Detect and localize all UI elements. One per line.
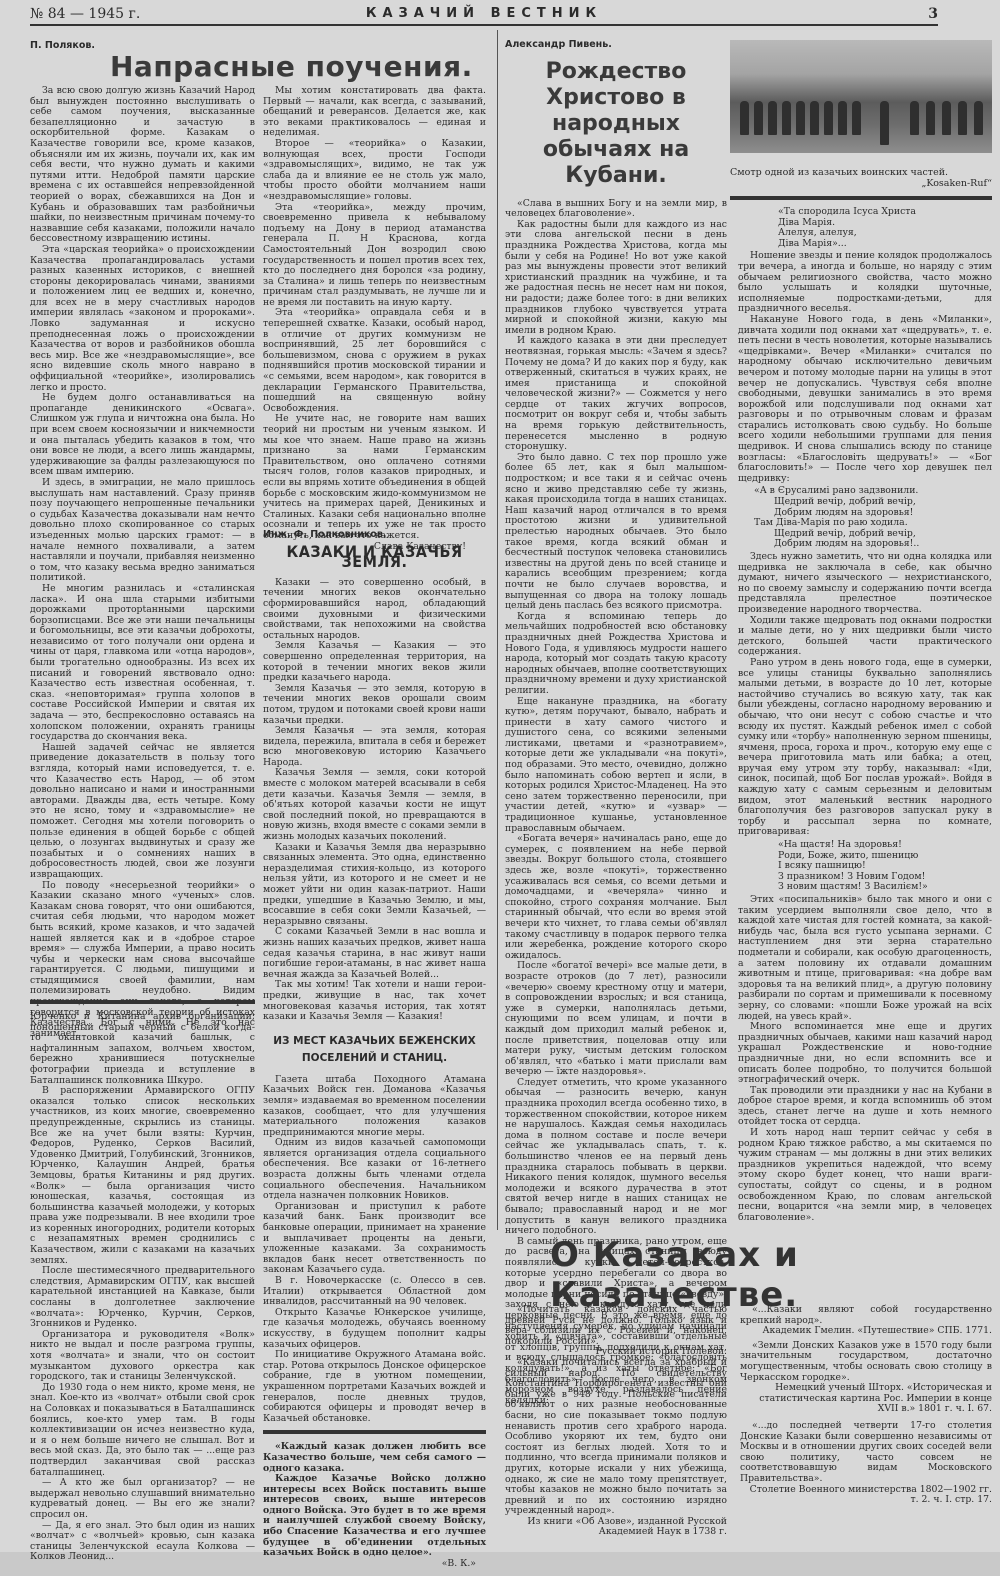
article5-right-quotes: «...Казаки являют собой государственно к… bbox=[740, 1305, 992, 1506]
wolf-article: Юрченко и Китанина архив организации; по… bbox=[30, 1012, 255, 1563]
paragraph: Когда я вспоминаю теперь до мельчайших п… bbox=[505, 612, 727, 697]
caption-text: Смотр одной из казачьих воинских частей. bbox=[730, 167, 992, 178]
paragraph: И здесь, в эмиграции, не мало пришлось в… bbox=[30, 478, 255, 584]
paragraph: После «богатої вечері» все малые дети, в… bbox=[505, 961, 727, 1078]
paragraph: Еще накануне праздника, на «богату кутю»… bbox=[505, 697, 727, 835]
article1-title: Напрасные поучения. bbox=[110, 50, 473, 83]
paragraph: Земля Казачья — это земля, которую в теч… bbox=[263, 684, 486, 726]
epigraph: «Слава в вышних Богу и на земли мир, в ч… bbox=[505, 199, 727, 220]
paragraph: По инициативе Окружного Атамана войс. ст… bbox=[263, 1350, 486, 1424]
vk-signature: «В. К.» bbox=[263, 1559, 486, 1570]
paragraph: Много вспоминается мне еще и других праз… bbox=[738, 1022, 992, 1086]
paragraph: Казаки и Казачья Земля два неразрывно св… bbox=[263, 843, 486, 928]
paragraph: В г. Новочеркасске (с. Олессо в сев. Ита… bbox=[263, 1276, 486, 1308]
paragraph: Эта «теорийка», между прочим, своевремен… bbox=[263, 203, 486, 309]
paragraph: Мы хотим констатировать два факта. Первы… bbox=[263, 86, 486, 139]
paragraph: Открыто Казачье Юнкерское училище, где к… bbox=[263, 1308, 486, 1350]
paragraph: Не многим разнилась и «сталинская ласка»… bbox=[30, 584, 255, 743]
paragraph: Организатора и руководителя «Волк» никто… bbox=[30, 1330, 255, 1383]
article5-title: О Казаках и Казачестве. bbox=[550, 1235, 1000, 1315]
paragraph: Казаки — это совершенно особый, в течени… bbox=[263, 578, 486, 642]
section-divider bbox=[730, 196, 992, 200]
article2-title: КАЗАКИ И КАЗАЧЬЯ ЗЕМЛЯ. bbox=[263, 547, 486, 568]
article1-column1: За всю свою долгую жизнь Казачий Народ б… bbox=[30, 86, 255, 1039]
paragraph: Газета штаба Походного Атамана Казачьих … bbox=[263, 1075, 486, 1139]
paragraph: В распоряжении Армавирского ОГПУ оказалс… bbox=[30, 1086, 255, 1266]
paragraph: Одним из видов казачьей самопомощи являе… bbox=[263, 1138, 486, 1202]
quote-text: «Земли Донских Казаков уже в 1570 году б… bbox=[740, 1341, 992, 1383]
paragraph: Не будем долго останавливаться на пропаг… bbox=[30, 393, 255, 478]
paragraph: До 1930 года о нем никто, кроме меня, не… bbox=[30, 1383, 255, 1478]
article4-column1: Александр Пивень. Рождество Христово в н… bbox=[505, 40, 727, 1406]
paragraph: Это было давно. С тех пор прошло уже бол… bbox=[505, 453, 727, 612]
paragraph: Рано утром в день нового года, еще в сум… bbox=[738, 658, 992, 838]
caption-source: „Kosaken-Ruf“ bbox=[730, 178, 992, 189]
paragraph: Накануне Нового года, в день «Миланки», … bbox=[738, 315, 992, 485]
paragraph: Следует отметить, что кроме указанного о… bbox=[505, 1078, 727, 1237]
quote-source: Немецкий ученый Шторх. «Историческая и с… bbox=[740, 1383, 992, 1415]
article4-author: Александр Пивень. bbox=[505, 40, 727, 51]
article2: Инж. Ф. Полковников. КАЗАКИ И КАЗАЧЬЯ ЗЕ… bbox=[263, 530, 486, 1569]
quote-text: «Почитать казаков донских частью древней… bbox=[505, 1305, 727, 1347]
paragraph: Эта «теорийка» оправдала себя и в тепере… bbox=[263, 308, 486, 414]
page-number: 3 bbox=[928, 6, 938, 22]
quote-text: «Казаки почитались всегда за храбрый и с… bbox=[505, 1358, 727, 1517]
paragraph: Нашей задачей сейчас не является приведе… bbox=[30, 743, 255, 881]
article4-title: Рождество Христово в народных обычаях на… bbox=[505, 59, 727, 189]
paragraph: «Богата вечеря» начиналась рано, еще до … bbox=[505, 834, 727, 961]
section-divider bbox=[30, 1000, 255, 1004]
article1-author: П. Поляков. bbox=[30, 40, 95, 51]
paragraph: Организован и приступил к работе казачий… bbox=[263, 1202, 486, 1276]
paragraph: Этих «посипальників» было так много и он… bbox=[738, 895, 992, 1022]
paragraph: Так мы хотим! Так хотели и наши герои-пр… bbox=[263, 980, 486, 1022]
paragraph: — Да, я его знал. Это был один из наших … bbox=[30, 1521, 255, 1563]
quote-source: Столетие Военного министерства 1802—1902… bbox=[740, 1485, 992, 1506]
paragraph: Ходили также щедровать под окнами подрос… bbox=[738, 616, 992, 658]
paragraph: Земля Казачья — Казакия — это совершенно… bbox=[263, 641, 486, 683]
section-divider bbox=[263, 1430, 486, 1434]
quote-text: «...Казаки являют собой государственно к… bbox=[740, 1305, 992, 1326]
newspaper-title: КАЗАЧИЙ ВЕСТНИК bbox=[30, 6, 938, 21]
cossack-parade-photo bbox=[730, 40, 992, 153]
paragraph: Каждое Казачье Войско должно интересы вс… bbox=[263, 1474, 486, 1559]
article2-author: Инж. Ф. Полковников. bbox=[263, 530, 486, 541]
verse-2: «А в Єрусалимі рано задзвонили. Щедрий в… bbox=[754, 486, 992, 550]
article4-column2: «Та спородила Ісуса Христа Діва Марія. А… bbox=[738, 205, 992, 1223]
paragraph: Эта «царская теорийка» о происхождении К… bbox=[30, 245, 255, 393]
paragraph: После шестимесячного предварительного сл… bbox=[30, 1266, 255, 1330]
article5-left-quotes: «Почитать казаков донских частью древней… bbox=[505, 1305, 727, 1538]
paragraph: Ношение звезды и пение колядок продолжал… bbox=[738, 251, 992, 315]
paragraph: Так проводили эти праздники у нас на Куб… bbox=[738, 1086, 992, 1128]
photo-caption: Смотр одной из казачьих воинских частей.… bbox=[730, 167, 992, 189]
paragraph: «Каждый казак должен любить все Казачест… bbox=[263, 1442, 486, 1474]
paragraph: Не учите нас, не говорите нам ваших теор… bbox=[263, 414, 486, 541]
paragraph: Здесь нужно заметить, что ни одна колядк… bbox=[738, 552, 992, 616]
quote-source: Академик Гмелин. «Путешествие» СПБ. 1771… bbox=[740, 1326, 992, 1337]
vk-quote: «Каждый казак должен любить все Казачест… bbox=[263, 1442, 486, 1569]
paragraph: И каждого казака в эти дни преследует не… bbox=[505, 336, 727, 453]
paragraph: Второе — «теорийка» о Казакии, волнующая… bbox=[263, 139, 486, 203]
paragraph: Юрченко и Китанина архив организации; по… bbox=[30, 1012, 255, 1086]
column-separator bbox=[497, 30, 498, 1230]
article1-column2: Мы хотим констатировать два факта. Первы… bbox=[263, 86, 486, 552]
paragraph: Как радостны были для каждого из нас эти… bbox=[505, 220, 727, 337]
newspaper-page: № 84 — 1945 г. КАЗАЧИЙ ВЕСТНИК 3 П. Поля… bbox=[0, 0, 1000, 1552]
paragraph: — А кто же был организатор? — не выдержа… bbox=[30, 1478, 255, 1520]
verse-1: «Та спородила Ісуса Христа Діва Марія. А… bbox=[778, 207, 992, 249]
verse-3: «На щастя! На здоровья! Роди, Боже, жито… bbox=[778, 840, 992, 893]
article3-title: ИЗ МЕСТ КАЗАЧЬИХ БЕЖЕНСКИХ ПОСЕЛЕНИЙ И С… bbox=[263, 1033, 486, 1067]
masthead: № 84 — 1945 г. КАЗАЧИЙ ВЕСТНИК 3 bbox=[30, 4, 938, 26]
paragraph: Земля Казачья — эта земля, которая видел… bbox=[263, 726, 486, 768]
paragraph: С соками Казачьей Земли в нас вошла и жи… bbox=[263, 927, 486, 980]
paragraph: Казачья Земля — земля, соки которой вмес… bbox=[263, 768, 486, 842]
quote-text: «...до последней четверти 17-го столетия… bbox=[740, 1421, 992, 1485]
paragraph: За всю свою долгую жизнь Казачий Народ б… bbox=[30, 86, 255, 245]
quote-source: Из книги «Об Азове», изданной Русской Ак… bbox=[505, 1517, 727, 1538]
paragraph: И хоть народ наш терпит сейчас у себя в … bbox=[738, 1128, 992, 1223]
